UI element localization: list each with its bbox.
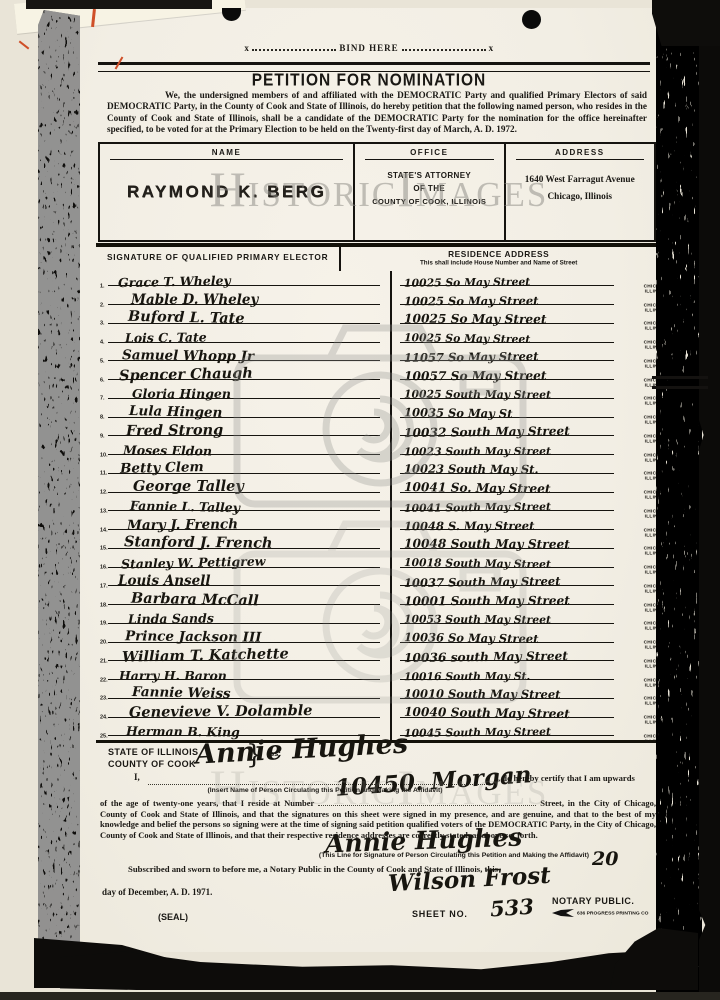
row-number: 14. — [100, 526, 108, 532]
residence-header-line2: This shall include House Number and Name… — [341, 259, 656, 266]
residence-header-line1: RESIDENCE ADDRESS — [341, 247, 656, 259]
seal-label: (SEAL) — [158, 912, 188, 922]
residence-address: 10023 South May St. — [404, 462, 539, 477]
row-number: 23. — [100, 695, 108, 701]
row-number: 1. — [100, 283, 105, 289]
bind-leader-left — [252, 42, 336, 51]
row-number: 2. — [100, 301, 105, 307]
table-row: 13.Fannie L. Talley10041 South May Stree… — [96, 496, 656, 515]
table-row: 10.Moses Eldon10023 South May StreetCHIC… — [96, 440, 656, 459]
elector-signature: Gloria Hingen — [132, 386, 231, 401]
candidate-office-cell: OFFICE STATE'S ATTORNEY OF THE COUNTY OF… — [353, 144, 506, 240]
address-line: 1640 West Farragut Avenue — [506, 172, 655, 189]
address-value: 1640 West Farragut Avenue Chicago, Illin… — [506, 172, 655, 206]
signature-table: SIGNATURE OF QUALIFIED PRIMARY ELECTOR R… — [96, 243, 656, 743]
bind-left-mark: x — [244, 43, 249, 53]
table-row: 6.Spencer Chaugh10057 So May StreetCHICA… — [96, 365, 656, 384]
row-number: 16. — [100, 564, 108, 570]
elector-signature: Samuel Whopp Jr — [122, 347, 254, 364]
residence-address: 10010 South May Street — [404, 687, 561, 702]
table-row: 1.Grace T. Wheley10025 So May StreetCHIC… — [96, 271, 656, 290]
notary-public-label: NOTARY PUBLIC. — [552, 896, 634, 906]
table-row: 3.Buford L. Tate10025 So May StreetCHICA… — [96, 309, 656, 328]
residence-address: 10001 South May Street — [404, 593, 570, 608]
row-number: 5. — [100, 358, 105, 364]
table-row: 12.George Talley10041 So. May StreetCHIC… — [96, 477, 656, 496]
elector-signature: Mable D. Wheley — [131, 292, 258, 308]
bind-here-label: BIND HERE — [339, 43, 398, 53]
residence-address: 10025 So May Street — [404, 275, 530, 290]
row-number: 12. — [100, 489, 108, 495]
scan-border-bottom — [0, 992, 720, 1000]
row-number: 13. — [100, 508, 108, 514]
office-line: OF THE — [355, 182, 504, 195]
sheet-number-handwriting: 533 — [489, 894, 534, 922]
residence-address: 10032 South May Street — [404, 424, 570, 440]
row-number: 19. — [100, 620, 108, 626]
signature-caption: (This Line for Signature of Person Circu… — [288, 851, 620, 859]
residence-address: 10048 S. May Street — [404, 518, 534, 533]
film-edge-top-right — [652, 0, 720, 46]
office-line: COUNTY OF COOK, ILLINOIS — [355, 195, 504, 208]
table-row: 5.Samuel Whopp Jr11057 So May StreetCHIC… — [96, 346, 656, 365]
bind-leader-right — [402, 42, 486, 51]
residence-address: 10037 South May Street — [404, 574, 561, 590]
residence-address: 10048 South May Street — [404, 537, 570, 552]
row-number: 18. — [100, 601, 108, 607]
row-number: 9. — [100, 433, 105, 439]
elector-signature: Harry H. Baron — [119, 668, 227, 683]
table-row: 18.Barbara McCall10001 South May StreetC… — [96, 590, 656, 609]
table-row: 2.Mable D. Wheley10025 So May StreetCHIC… — [96, 290, 656, 309]
signature-rows: 1.Grace T. Wheley10025 So May StreetCHIC… — [96, 271, 656, 740]
table-row: 4.Lois C. Tate10025 So May StreetCHICAGO… — [96, 327, 656, 346]
elector-signature: Fred Strong — [126, 421, 223, 439]
elector-signature: Fannie L. Talley — [130, 498, 240, 515]
signature-column-header: SIGNATURE OF QUALIFIED PRIMARY ELECTOR — [96, 247, 339, 271]
row-number: 20. — [100, 639, 108, 645]
header-underline — [365, 159, 494, 160]
residence-address: 10025 So May Street — [404, 331, 530, 346]
elector-signature: Herman B. King — [126, 723, 240, 739]
red-grease-mark — [19, 41, 30, 50]
elector-signature: Spencer Chaugh — [119, 364, 253, 384]
table-row: 19.Linda Sands10053 South May StreetCHIC… — [96, 609, 656, 628]
table-row: 9.Fred Strong10032 South May StreetCHICA… — [96, 421, 656, 440]
table-row: 7.Gloria Hingen10025 South May StreetCHI… — [96, 384, 656, 403]
candidate-name-cell: NAME RAYMOND K. BERG — [100, 144, 353, 240]
residence-address: 10025 So May Street — [404, 293, 539, 308]
candidate-name: RAYMOND K. BERG — [100, 182, 353, 202]
elector-signature: Moses Eldon — [123, 442, 212, 458]
address-header: ADDRESS — [506, 148, 655, 157]
county-line: COUNTY OF COOK — [108, 758, 198, 770]
sheet-no-label: SHEET NO. — [412, 909, 468, 919]
elector-signature: Genevieve V. Dolamble — [129, 702, 313, 721]
table-row: 16.Stanley W. Pettigrew10018 South May S… — [96, 552, 656, 571]
residence-address: 10036 south May Street — [404, 649, 568, 665]
table-row: 21.William T. Katchette10036 south May S… — [96, 646, 656, 665]
film-grain-right — [656, 0, 702, 1000]
residence-address: 10025 South May Street — [404, 388, 551, 402]
row-number: 11. — [100, 470, 107, 476]
office-value: STATE'S ATTORNEY OF THE COUNTY OF COOK, … — [355, 169, 504, 208]
row-number: 3. — [100, 320, 105, 326]
film-edge-bottom — [60, 950, 698, 990]
date-text: day of December, A. D. 1971. — [102, 887, 212, 897]
residence-address: 10023 South May Street — [404, 444, 551, 458]
elector-signature: Prince Jackson III — [125, 628, 262, 645]
residence-address: 10057 So May Street — [404, 368, 547, 383]
residence-address: 10018 South May Street — [404, 556, 551, 571]
address-line: Chicago, Illinois — [506, 189, 655, 206]
elector-signature: Lois C. Tate — [125, 330, 207, 346]
residence-column-header: RESIDENCE ADDRESS This shall include Hou… — [339, 247, 656, 271]
elector-signature: George Talley — [133, 478, 244, 495]
header-underline — [110, 159, 343, 160]
row-number: 22. — [100, 676, 108, 682]
residence-address: 10016 South May St. — [404, 669, 530, 683]
film-edge-left — [38, 10, 80, 965]
affidavit-section: STATE OF ILLINOIS COUNTY OF COOK } ss: A… — [100, 740, 656, 945]
row-number: 6. — [100, 376, 105, 382]
elector-signature: Stanford J. French — [124, 533, 273, 552]
residence-address: 11057 So May Street — [404, 349, 539, 365]
residence-address: 10040 South May Street — [404, 705, 570, 721]
table-row: 17.Louis Ansell10037 South May StreetCHI… — [96, 571, 656, 590]
printer-fly-icon — [552, 909, 574, 917]
elector-signature: Stanley W. Pettigrew — [121, 553, 266, 571]
row-number: 24. — [100, 714, 108, 720]
bind-here-line: xBIND HEREx — [80, 42, 658, 53]
elector-signature: Barbara McCall — [131, 589, 259, 609]
printer-text: 636 PROGRESS PRINTING CO — [577, 910, 649, 916]
elector-signature: Grace T. Wheley — [118, 273, 231, 290]
table-row: 14.Mary J. French10048 S. May StreetCHIC… — [96, 515, 656, 534]
elector-signature: Betty Clem — [120, 459, 204, 477]
candidate-address-cell: ADDRESS 1640 West Farragut Avenue Chicag… — [506, 144, 655, 240]
row-number: 15. — [100, 545, 108, 551]
row-number: 7. — [100, 395, 105, 401]
elector-signature: Lula Hingen — [129, 403, 223, 421]
row-number: 17. — [100, 583, 108, 589]
punch-hole — [522, 10, 541, 29]
elector-signature: Buford L. Tate — [128, 308, 245, 327]
table-row: 11.Betty Clem10023 South May St.CHICAGOI… — [96, 459, 656, 478]
table-row: 24.Genevieve V. Dolamble10040 South May … — [96, 702, 656, 721]
table-row: 23.Fannie Weiss10010 South May StreetCHI… — [96, 684, 656, 703]
petition-intro-paragraph: We, the undersigned members of and affil… — [107, 90, 647, 135]
elector-signature: Fannie Weiss — [132, 684, 231, 702]
state-county-label: STATE OF ILLINOIS COUNTY OF COOK — [108, 746, 198, 770]
state-line: STATE OF ILLINOIS — [108, 746, 198, 758]
header-underline — [516, 159, 645, 160]
table-row: 22.Harry H. Baron10016 South May St.CHIC… — [96, 665, 656, 684]
row-number: 10. — [100, 451, 108, 457]
residence-address: 10045 South May Street — [404, 725, 551, 740]
page-title: PETITION FOR NOMINATION — [80, 71, 658, 91]
table-row: 20.Prince Jackson III10036 So May Street… — [96, 627, 656, 646]
row-number: 4. — [100, 339, 105, 345]
residence-address: 10041 So. May Street — [404, 480, 551, 496]
residence-address: 10053 South May Street — [404, 613, 551, 627]
table-row: 15.Stanford J. French10048 South May Str… — [96, 534, 656, 553]
office-line: STATE'S ATTORNEY — [355, 169, 504, 182]
elector-signature: Linda Sands — [128, 611, 214, 627]
office-header: OFFICE — [355, 148, 504, 157]
candidate-table: NAME RAYMOND K. BERG OFFICE STATE'S ATTO… — [98, 142, 656, 242]
film-edge-right — [699, 0, 720, 1000]
bind-right-mark: x — [489, 43, 494, 53]
film-scratch-line — [652, 376, 708, 379]
row-number: 25. — [100, 733, 108, 739]
elector-signature: Mary J. French — [127, 516, 238, 533]
residence-address: 10036 So May Street — [404, 630, 539, 646]
row-number: 8. — [100, 414, 105, 420]
row-number: 21. — [100, 658, 108, 664]
table-row: 8.Lula Hingen10035 So May StCHICAGOILLIN… — [96, 402, 656, 421]
residence-address: 10041 South May Street — [404, 500, 551, 515]
affidavit-body-text: of the age of twenty-one years, that I r… — [100, 798, 314, 808]
name-header: NAME — [100, 148, 353, 157]
petition-document: xBIND HEREx PETITION FOR NOMINATION We, … — [80, 8, 658, 952]
signature-table-header: SIGNATURE OF QUALIFIED PRIMARY ELECTOR R… — [96, 247, 656, 271]
film-edge-top — [26, 0, 212, 9]
sworn-day-handwriting: 20 — [592, 848, 618, 870]
residence-address: 10035 So May St — [404, 405, 513, 420]
i-label: I, — [134, 772, 140, 782]
residence-address: 10025 So May Street — [404, 312, 547, 327]
elector-signature: Louis Ansell — [118, 573, 210, 589]
elector-signature: William T. Katchette — [122, 645, 289, 665]
film-scratch-line — [652, 386, 708, 389]
